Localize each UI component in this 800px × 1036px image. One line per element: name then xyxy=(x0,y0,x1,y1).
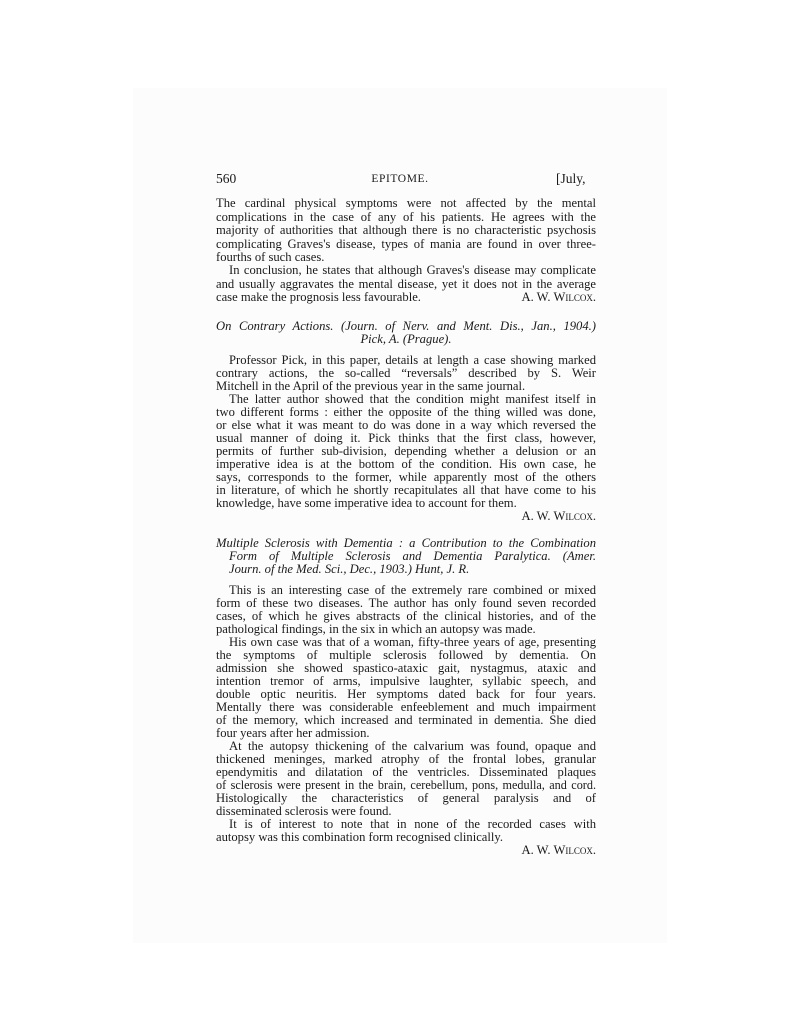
author-signature: A. W. Wilcox. xyxy=(216,291,596,304)
running-title: EPITOME. xyxy=(340,171,460,187)
author-signature: A. W. Wilcox. xyxy=(216,844,596,857)
text-line: In conclusion, he states that although G… xyxy=(229,264,596,277)
running-month: [July, xyxy=(556,171,586,187)
page-number: 560 xyxy=(216,171,236,187)
author-signature: A. W. Wilcox. xyxy=(216,510,596,523)
article-author: Pick, A. (Prague). xyxy=(216,333,596,346)
text-line: The cardinal physical symptoms were not … xyxy=(216,197,596,210)
text-line: majority of authorities that although th… xyxy=(216,224,596,237)
article-citation: Journ. of the Med. Sci., Dec., 1903.) Hu… xyxy=(229,563,609,576)
